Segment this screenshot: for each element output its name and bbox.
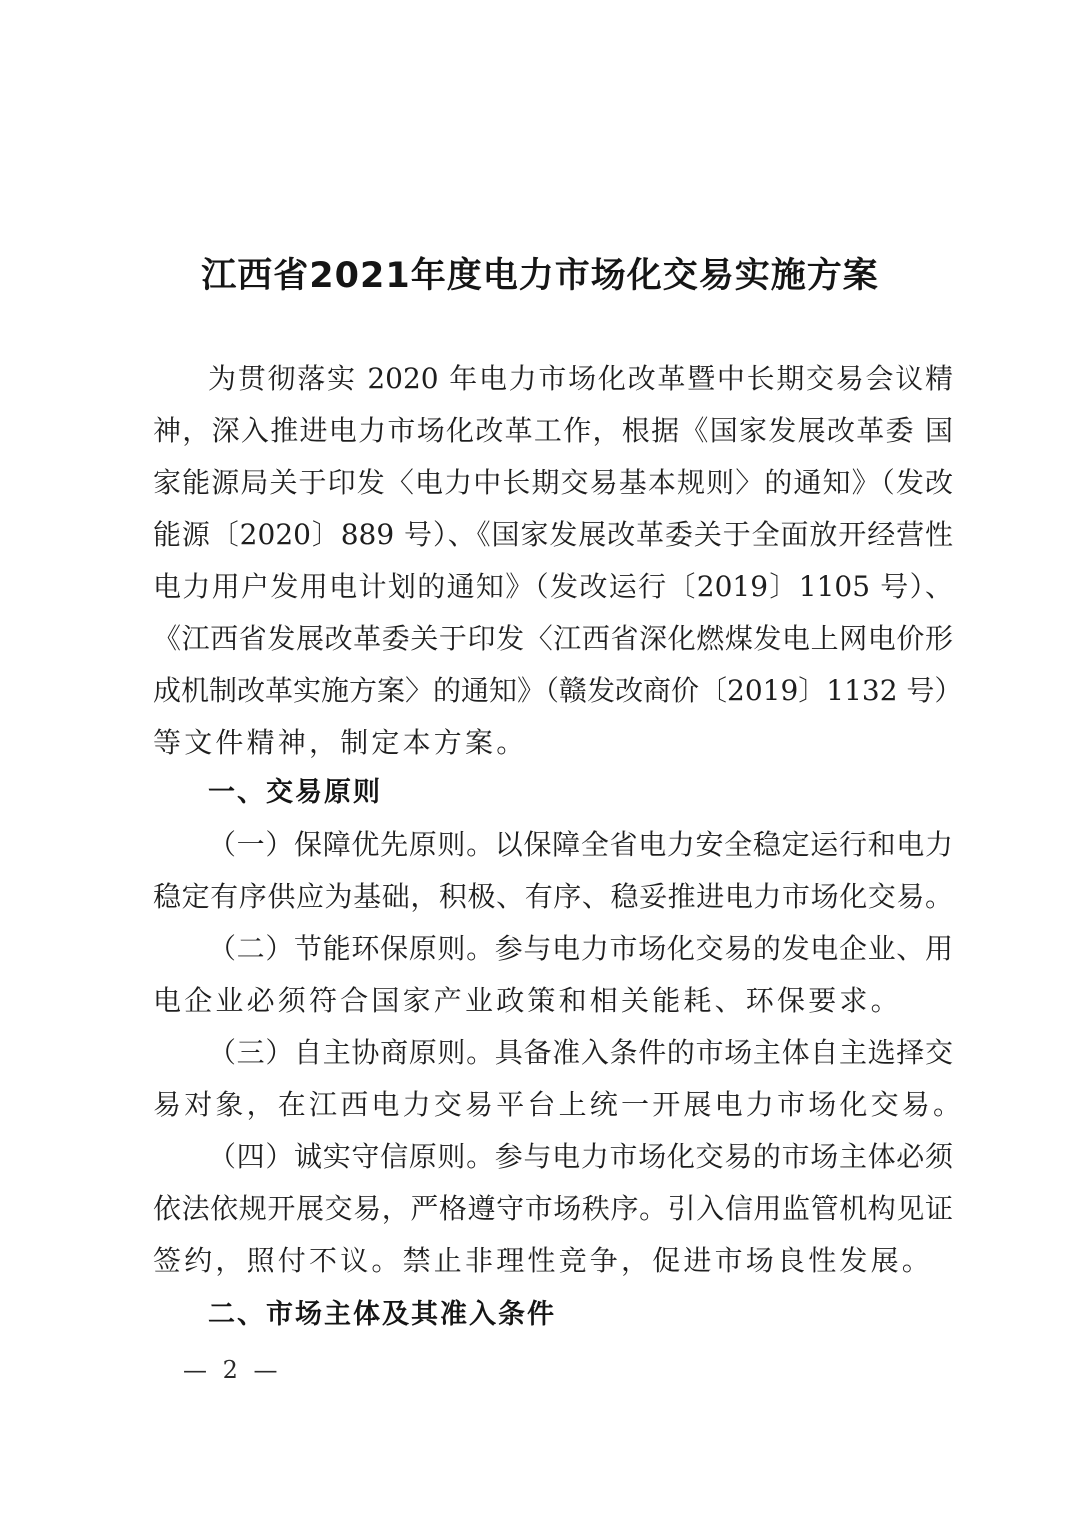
principle-4-line-2: 依法依规开展交易，严格遵守市场秩序。引入信用监管机构见证 [153, 1191, 953, 1227]
intro-line-7: 成机制改革实施方案〉的通知》（赣发改商价〔2019〕1132 号） [153, 673, 953, 709]
principle-4-line-1: （四）诚实守信原则。参与电力市场化交易的市场主体必须 [208, 1139, 953, 1175]
intro-line-3: 家能源局关于印发〈电力中长期交易基本规则〉的通知》（发改 [153, 465, 953, 501]
intro-line-4: 能源〔2020〕889 号）、《国家发展改革委关于全面放开经营性 [153, 517, 953, 553]
section-heading-trading-principles: 一、交易原则 [208, 775, 382, 811]
intro-line-2: 神，深入推进电力市场化改革工作，根据《国家发展改革委 国 [153, 413, 953, 449]
intro-line-1: 为贯彻落实 2020 年电力市场化改革暨中长期交易会议精 [208, 361, 953, 397]
principle-2-line-1: （二）节能环保原则。参与电力市场化交易的发电企业、用 [208, 931, 953, 967]
principle-4-line-3: 签约，照付不议。禁止非理性竞争，促进市场良性发展。 [153, 1243, 953, 1279]
document-page: 江西省2021年度电力市场化交易实施方案 为贯彻落实 2020 年电力市场化改革… [0, 0, 1080, 1521]
intro-line-8: 等文件精神，制定本方案。 [153, 725, 953, 761]
document-title: 江西省2021年度电力市场化交易实施方案 [0, 248, 1080, 298]
section-heading-market-entities: 二、市场主体及其准入条件 [208, 1297, 556, 1333]
page-number: — 2 — [183, 1355, 282, 1385]
principle-2-line-2: 电企业必须符合国家产业政策和相关能耗、环保要求。 [153, 983, 953, 1019]
intro-line-5: 电力用户发用电计划的通知》（发改运行〔2019〕1105 号）、 [153, 569, 953, 605]
principle-1-line-2: 稳定有序供应为基础，积极、有序、稳妥推进电力市场化交易。 [153, 879, 953, 915]
intro-line-6: 《江西省发展改革委关于印发〈江西省深化燃煤发电上网电价形 [153, 621, 953, 657]
principle-3-line-2: 易对象，在江西电力交易平台上统一开展电力市场化交易。 [153, 1087, 953, 1123]
principle-1-line-1: （一）保障优先原则。以保障全省电力安全稳定运行和电力 [208, 827, 953, 863]
principle-3-line-1: （三）自主协商原则。具备准入条件的市场主体自主选择交 [208, 1035, 953, 1071]
